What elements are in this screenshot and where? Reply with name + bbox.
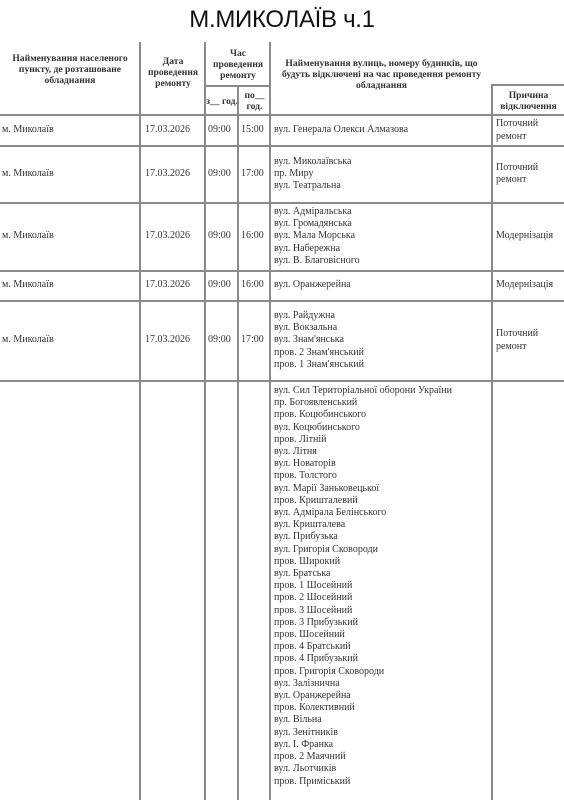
street-item: пров. 4 Братський [274, 641, 491, 653]
cell-reason: Поточний ремонт [493, 116, 564, 145]
street-item: вул. Кришталева [274, 519, 491, 531]
cell-settlement: м. Миколаїв [0, 271, 139, 300]
street-item: вул. Знам'янська [274, 334, 491, 346]
cell-date: 17.03.2026 [141, 301, 204, 380]
street-item: вул. Коцюбинського [274, 422, 491, 434]
cell-to: 17:00 [239, 301, 269, 380]
street-item: вул. Вільна [274, 714, 491, 726]
street-item: вул. Зенітників [274, 727, 491, 739]
street-item: вул. Залізнична [274, 678, 491, 690]
street-item: вул. Сил Територіальної оборони України [274, 385, 491, 397]
cell-reason: Поточний ремонт [493, 301, 564, 380]
street-item: пров. Кришталевий [274, 495, 491, 507]
street-item: пров. 2 Шосейний [274, 592, 491, 604]
cell-streets: вул. Сил Територіальної оборони Українип… [271, 381, 491, 800]
cell-to [239, 381, 269, 800]
grid-line [491, 84, 493, 800]
street-item: пров. 2 Знам'янський [274, 347, 491, 359]
street-item: пров. 1 Знам'янський [274, 359, 491, 371]
street-item: вул. Набережна [274, 243, 491, 255]
street-item: вул. Марії Заньковецької [274, 483, 491, 495]
cell-to: 17:00 [239, 146, 269, 202]
street-item: вул. Прибузька [274, 531, 491, 543]
street-item: вул. Новаторів [274, 458, 491, 470]
grid-line [491, 84, 564, 86]
cell-settlement: м. Миколаїв [0, 203, 139, 270]
cell-settlement: м. Миколаїв [0, 146, 139, 202]
cell-date: 17.03.2026 [141, 271, 204, 300]
header-date: Дата проведення ремонту [141, 44, 205, 100]
street-item: вул. Братська [274, 568, 491, 580]
street-item: вул. Громадянська [274, 218, 491, 230]
cell-streets: вул. Адміральськавул. Громадянськавул. М… [271, 203, 491, 270]
street-item: пров. 1 Шосейний [274, 580, 491, 592]
street-item: пр. Богоявленський [274, 397, 491, 409]
street-item: вул. Театральна [274, 180, 491, 192]
street-item: пров. Приміський [274, 776, 491, 788]
street-item: вул. Літня [274, 446, 491, 458]
street-item: пров. Шосейний [274, 629, 491, 641]
cell-date: 17.03.2026 [141, 116, 204, 145]
cell-streets: вул. Генерала Олекси Алмазова [271, 116, 491, 145]
street-item: пров. Літній [274, 434, 491, 446]
cell-reason: Модернізація [493, 271, 564, 300]
grid-line [204, 42, 206, 800]
street-item: пров. 4 Прибузький [274, 653, 491, 665]
cell-to: 16:00 [239, 203, 269, 270]
cell-from: 09:00 [206, 146, 237, 202]
header-time-to: по__ год. [239, 88, 270, 114]
grid-line [237, 86, 239, 800]
street-item: вул. Адмірала Белінського [274, 507, 491, 519]
cell-from: 09:00 [206, 271, 237, 300]
cell-date [141, 381, 204, 800]
header-reason: Причина відключення [493, 88, 564, 114]
cell-reason: Поточний ремонт [493, 146, 564, 202]
cell-to: 15:00 [239, 116, 269, 145]
cell-from [206, 381, 237, 800]
street-item: вул. Льотчиків [274, 763, 491, 775]
header-time: Час проведення ремонту [206, 44, 270, 84]
street-item: вул. Райдужна [274, 310, 491, 322]
cell-from: 09:00 [206, 203, 237, 270]
street-item: пров. Григорія Сковороди [274, 666, 491, 678]
street-item: пров. Коцюбинського [274, 409, 491, 421]
street-item: вул. Миколаївська [274, 156, 491, 168]
street-item: вул. Адміральська [274, 206, 491, 218]
street-item: вул. В. Благовісного [274, 255, 491, 267]
grid-line [269, 42, 271, 800]
cell-from: 09:00 [206, 301, 237, 380]
grid-line [204, 85, 271, 87]
cell-streets: вул. Миколаївськапр. Мирувул. Театральна [271, 146, 491, 202]
header-settlement: Найменування населеного пункту, де розта… [0, 44, 140, 94]
street-item: пров. 3 Прибузький [274, 617, 491, 629]
cell-reason [493, 381, 564, 800]
street-item: вул. Григорія Сковороди [274, 544, 491, 556]
outage-schedule-table: Найменування населеного пункту, де розта… [0, 0, 564, 800]
street-item: пров. Толстого [274, 470, 491, 482]
cell-date: 17.03.2026 [141, 203, 204, 270]
street-item: вул. Мала Морська [274, 230, 491, 242]
cell-date: 17.03.2026 [141, 146, 204, 202]
street-item: вул. І. Франка [274, 739, 491, 751]
street-item: вул. Оранжерейна [274, 279, 491, 291]
street-item: вул. Генерала Олекси Алмазова [274, 124, 491, 136]
cell-settlement [0, 381, 139, 800]
street-item: пров. Колективний [274, 702, 491, 714]
street-item: вул. Оранжерейна [274, 690, 491, 702]
cell-streets: вул. Райдужнавул. Вокзальнавул. Знам'янс… [271, 301, 491, 380]
cell-reason: Модернізація [493, 203, 564, 270]
cell-streets: вул. Оранжерейна [271, 271, 491, 300]
header-streets: Найменування вулиць, номеру будинків, що… [271, 52, 492, 96]
street-item: вул. Вокзальна [274, 322, 491, 334]
cell-settlement: м. Миколаїв [0, 116, 139, 145]
grid-line [139, 42, 141, 800]
street-item: пр. Миру [274, 168, 491, 180]
cell-from: 09:00 [206, 116, 237, 145]
street-item: пров. Широкий [274, 556, 491, 568]
street-item: пров. 2 Маячний [274, 751, 491, 763]
cell-to: 16:00 [239, 271, 269, 300]
header-time-from: з__ год. [206, 88, 238, 114]
street-item: пров. 3 Шосейний [274, 605, 491, 617]
cell-settlement: м. Миколаїв [0, 301, 139, 380]
